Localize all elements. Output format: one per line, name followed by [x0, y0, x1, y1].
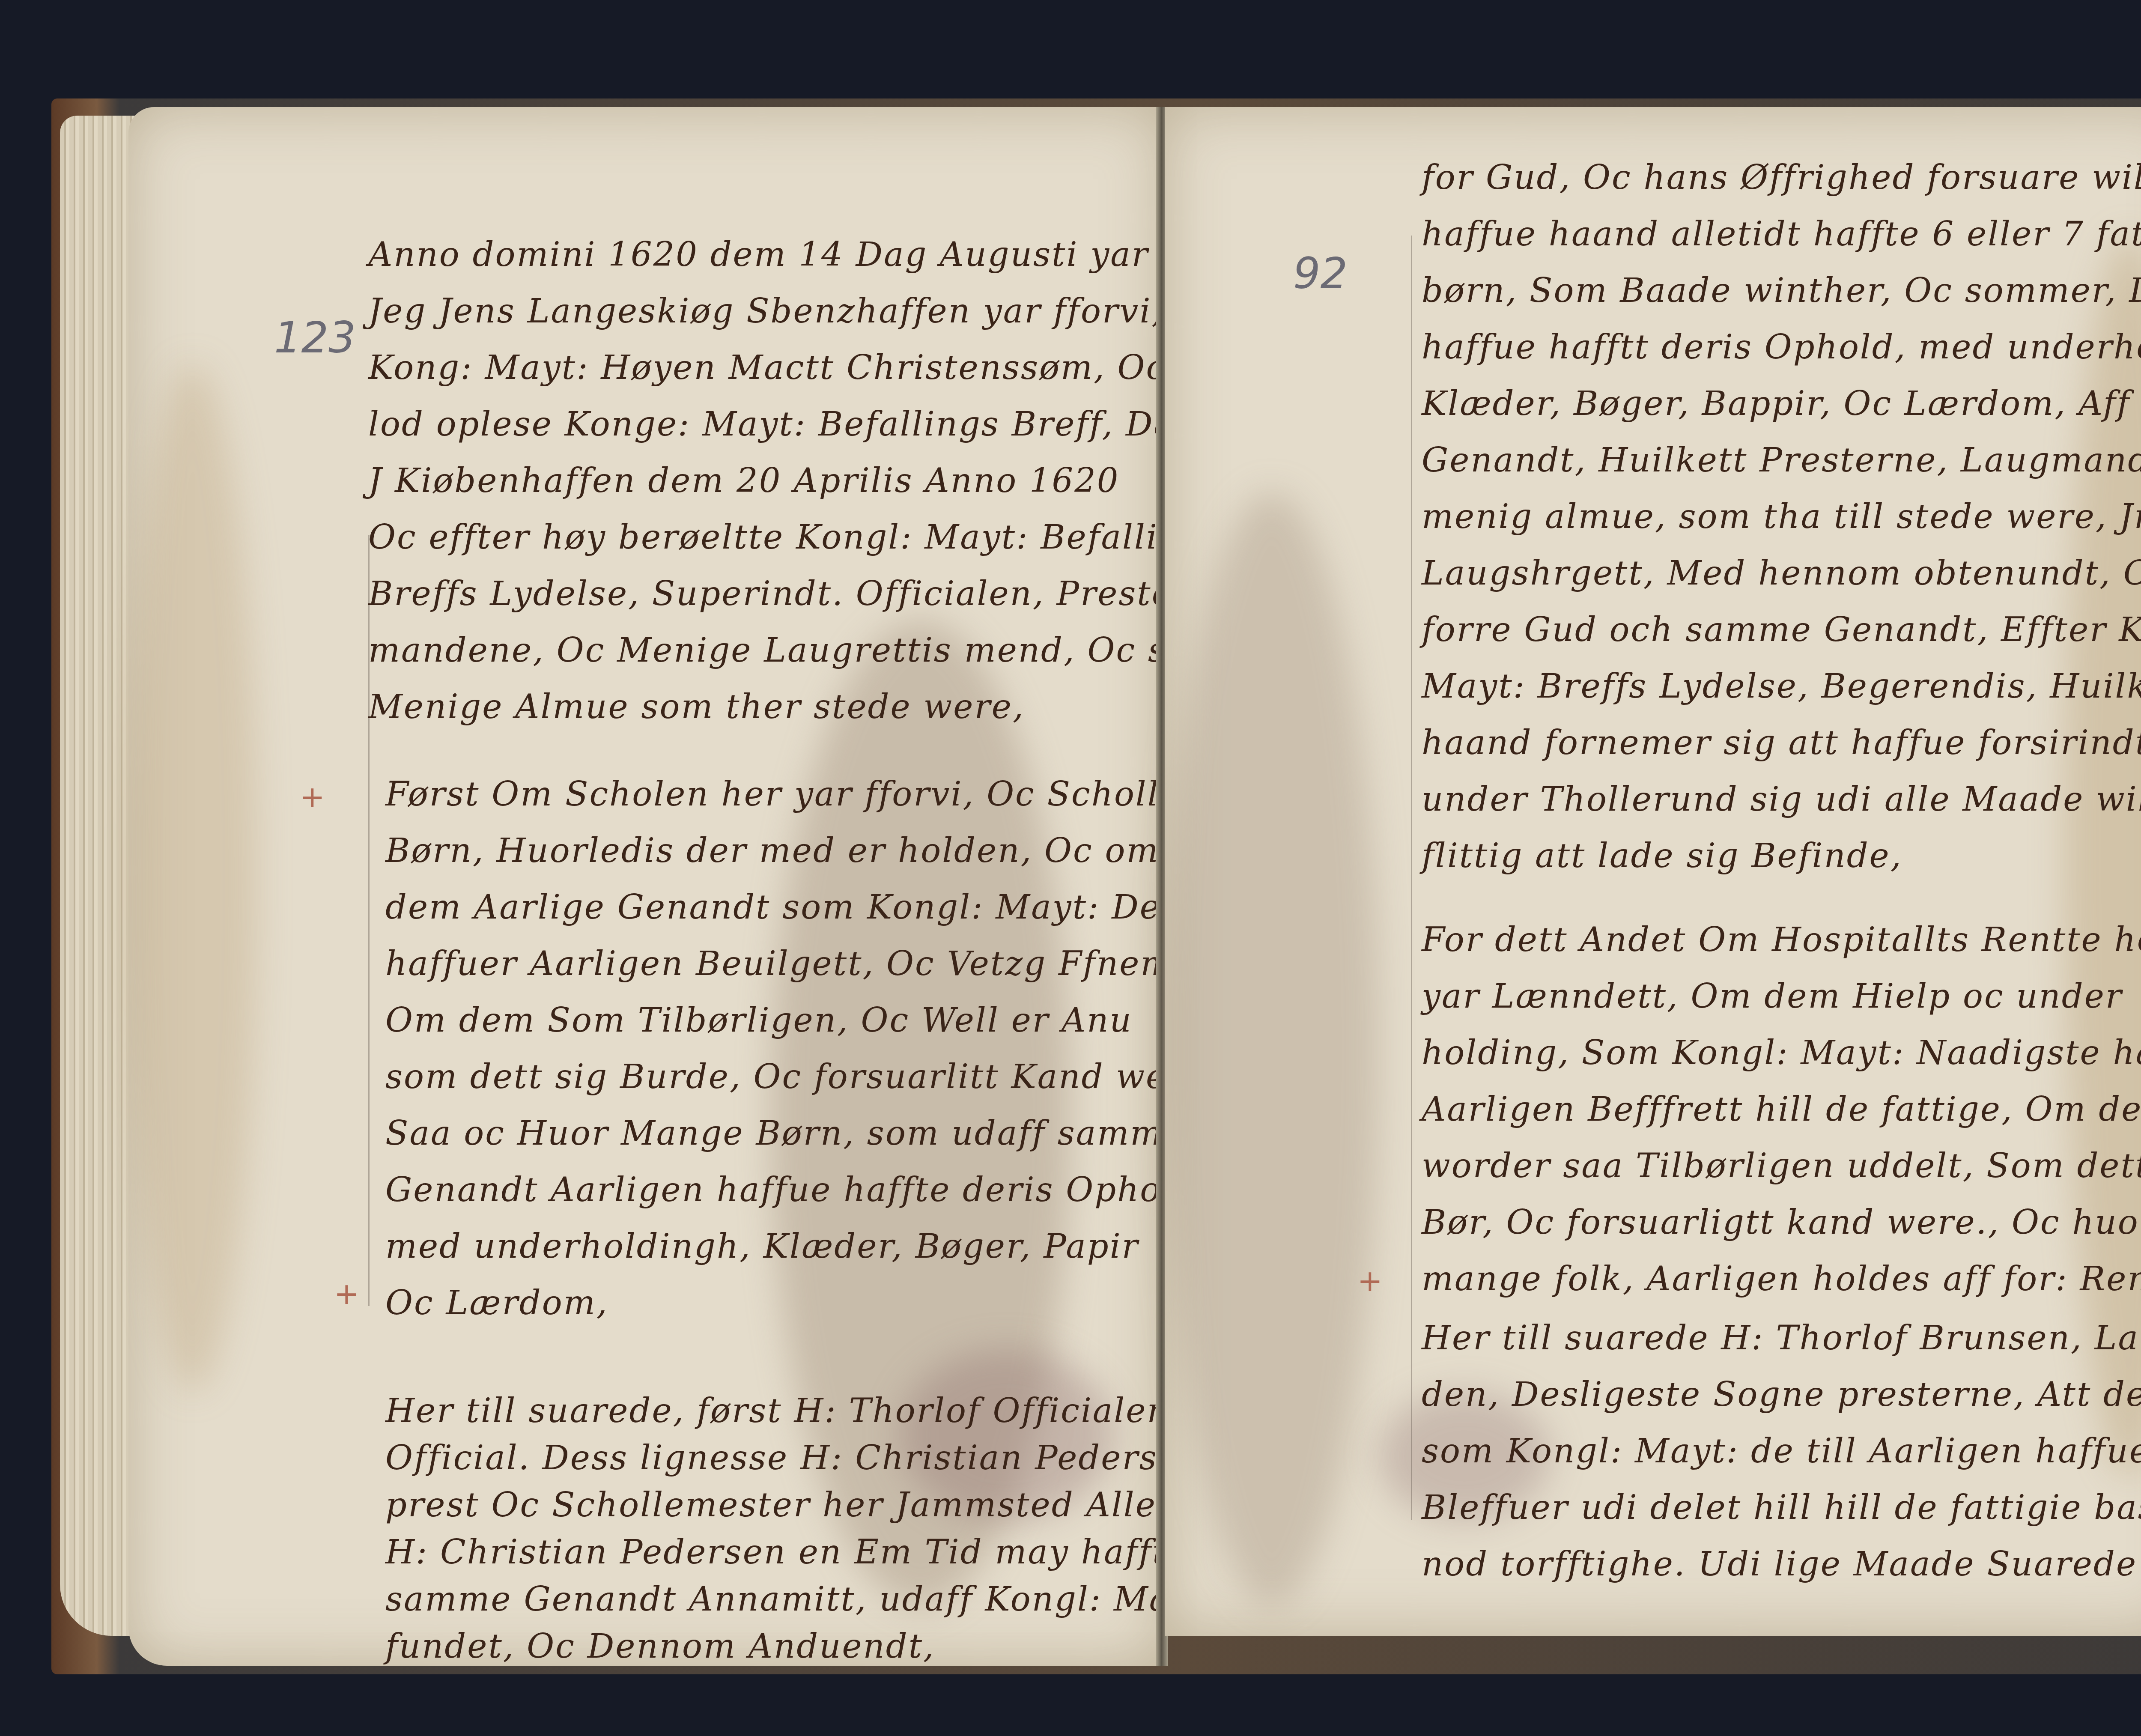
- text-line: den, Desligeste Sogne presterne, Att den…: [1422, 1375, 2141, 1414]
- text-line: forre Gud och samme Genandt, Effter Kong…: [1422, 611, 2141, 649]
- text-line: Først Om Scholen her yar fforvi, Oc Scho…: [385, 775, 1181, 814]
- text-line: Kong: Mayt: Høyen Mactt Christenssøm, Oc: [368, 349, 1166, 387]
- text-line: Saa oc Huor Mange Børn, som udaff samme: [385, 1114, 1184, 1153]
- text-line: H: Christian Pedersen en Em Tid may haff…: [385, 1533, 1167, 1572]
- text-line: samme Genandt Annamitt, udaff Kongl: May…: [385, 1580, 1218, 1619]
- text-line: Laugshrgett, Med hennom obtenundt, Oc ve…: [1422, 554, 2141, 593]
- text-line: Aarligen Befffrett hill de fattige, Om d…: [1422, 1090, 2141, 1129]
- text-line: J Kiøbenhaffen dem 20 Aprilis Anno 1620: [368, 462, 1119, 500]
- text-line: holding, Som Kongl: Mayt: Naadigste haff…: [1422, 1034, 2141, 1072]
- text-line: Genandt, Huilkett Presterne, Laugmanden,…: [1422, 441, 2141, 480]
- text-line: dem Aarlige Genandt som Kongl: Mayt: Der: [385, 888, 1178, 927]
- margin-folio-number: 123: [274, 313, 356, 363]
- right-page: 92 + for Gud, Oc hans Øffrighed forsuare…: [1165, 107, 2141, 1636]
- text-line: worder saa Tilbørligen uddelt, Som dett …: [1422, 1147, 2141, 1185]
- text-line: Mayt: Breffs Lydelse, Begerendis, Huilke…: [1422, 667, 2141, 706]
- text-line: Genandt Aarligen haffue haffte deris Oph…: [385, 1171, 1196, 1209]
- water-stain: [128, 364, 257, 1392]
- text-line: under Thollerund sig udi alle Maade will…: [1422, 780, 2141, 819]
- text-line: menig almue, som tha till stede were, Jn…: [1422, 498, 2141, 536]
- text-line: haffue haand alletidt haffte 6 eller 7 f…: [1422, 215, 2141, 254]
- text-line: Om dem Som Tilbørligen, Oc Well er Anu: [385, 1001, 1133, 1040]
- text-line: Bør, Oc forsuarligtt kand were., Oc huor: [1422, 1203, 2141, 1242]
- text-line: prest Oc Schollemester her Jammsted Alle…: [385, 1486, 1221, 1524]
- text-line: Anno domini 1620 dem 14 Dag Augusti yar: [368, 236, 1149, 274]
- margin-cross-mark: +: [300, 779, 325, 814]
- text-line: Menige Almue som ther stede were,: [368, 688, 1025, 726]
- margin-ruling-line: [1411, 236, 1412, 1520]
- text-line: børn, Som Baade winther, Oc sommer, Dagl…: [1422, 271, 2141, 310]
- text-line: Her till suarede, først H: Thorlof Offic…: [385, 1392, 1170, 1430]
- text-line: flittig att lade sig Befinde,: [1422, 837, 1902, 875]
- text-line: mange folk, Aarligen holdes aff for: Ren…: [1422, 1260, 2141, 1298]
- text-line: Klæder, Bøger, Bappir, Oc Lærdom, Aff sa…: [1422, 385, 2141, 423]
- margin-cross-mark: +: [334, 1276, 359, 1311]
- text-line: som Kongl: Mayt: de till Aarligen haffue…: [1422, 1432, 2141, 1471]
- water-stain: [1165, 492, 1379, 1606]
- text-line: Børn, Huorledis der med er holden, Oc om: [385, 832, 1159, 870]
- text-line: som dett sig Burde, Oc forsuarlitt Kand …: [385, 1058, 1205, 1096]
- text-line: nod torfftighe. Udi lige Maade Suarede d…: [1422, 1545, 2141, 1584]
- text-line: Oc effter høy berøeltte Kongl: Mayt: Bef…: [368, 518, 1222, 557]
- text-line: fundet, Oc Dennom Anduendt,: [385, 1627, 935, 1666]
- text-line: yar Lænndett, Om dem Hielp oc under: [1422, 977, 2123, 1016]
- text-line: lod oplese Konge: Mayt: Befallings Breff…: [368, 405, 1264, 444]
- text-line: mandene, Oc Menige Laugrettis mend, Oc s…: [368, 631, 1245, 670]
- folio-number: 92: [1293, 248, 1348, 298]
- text-line: haffuer Aarligen Beuilgett, Oc Vetzg Ffn…: [385, 945, 1173, 983]
- text-line: For dett Andet Om Hospitallts Rentte her: [1422, 921, 2141, 959]
- text-line: Her till suarede H: Thorlof Brunsen, Lan…: [1422, 1319, 2141, 1357]
- text-line: haand fornemer sig att haffue forsirindt…: [1422, 724, 2141, 762]
- text-line: med underholdingh, Klæder, Bøger, Papir: [385, 1227, 1139, 1266]
- text-line: Bleffuer udi delet hill hill de fattigie…: [1422, 1488, 2141, 1527]
- text-line: Oc Lærdom,: [385, 1284, 608, 1322]
- left-page: 123 + + Anno domini 1620 dem 14 Dag Augu…: [128, 107, 1165, 1666]
- margin-cross-mark: +: [1357, 1263, 1383, 1298]
- text-line: haffue hafftt deris Ophold, med underhol…: [1422, 328, 2141, 367]
- text-line: for Gud, Oc hans Øffrighed forsuare wild…: [1422, 158, 2141, 197]
